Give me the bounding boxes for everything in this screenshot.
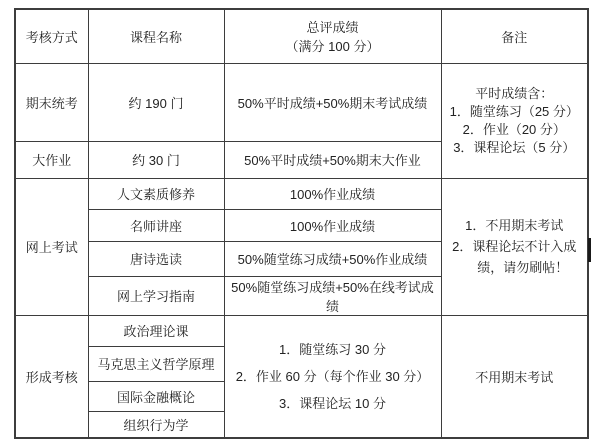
text-cursor — [588, 238, 591, 262]
cell-course-formative-3: 组织行为学 — [88, 411, 224, 438]
cell-course-online-1: 名师讲座 — [88, 209, 224, 241]
cell-course-final-exam: 约 190 门 — [88, 63, 224, 141]
cell-method-online-exam: 网上考试 — [15, 178, 88, 315]
cell-score-final-exam: 50%平时成绩+50%期末考试成绩 — [224, 63, 441, 141]
cell-score-big-assignment: 50%平时成绩+50%期末大作业 — [224, 141, 441, 178]
cell-score-online-1: 100%作业成绩 — [224, 209, 441, 241]
cell-score-formative: 1．随堂练习 30 分 2．作业 60 分（每个作业 30 分） 3．课程论坛 … — [224, 315, 441, 438]
cell-method-formative: 形成考核 — [15, 315, 88, 438]
cell-course-online-2: 唐诗选读 — [88, 241, 224, 276]
header-course-label: 课程名称 — [130, 30, 182, 45]
assessment-table: 考核方式 课程名称 总评成绩 （满分 100 分） 备注 期末统考 约 190 … — [14, 8, 589, 439]
header-remark-label: 备注 — [501, 30, 527, 45]
cell-remark-online: 1．不用期末考试 2．课程论坛不计入成绩，请勿刷帖！ — [441, 178, 588, 315]
cell-course-online-3: 网上学习指南 — [88, 276, 224, 315]
cell-course-formative-2: 国际金融概论 — [88, 381, 224, 411]
cell-method-final-exam: 期末统考 — [15, 63, 88, 141]
header-method-label: 考核方式 — [26, 30, 78, 45]
cell-score-online-3: 50%随堂练习成绩+50%在线考试成绩 — [224, 276, 441, 315]
remark-usual-item: 1．随堂练习（25 分） — [444, 103, 586, 121]
document-page: 考核方式 课程名称 总评成绩 （满分 100 分） 备注 期末统考 约 190 … — [0, 0, 606, 443]
formative-score-item: 2．作业 60 分（每个作业 30 分） — [227, 363, 439, 390]
header-cell-remark: 备注 — [441, 9, 588, 63]
header-cell-score: 总评成绩 （满分 100 分） — [224, 9, 441, 63]
table-row: 形成考核 政治理论课 1．随堂练习 30 分 2．作业 60 分（每个作业 30… — [15, 315, 588, 346]
header-row: 考核方式 课程名称 总评成绩 （满分 100 分） 备注 — [15, 9, 588, 63]
cell-score-online-0: 100%作业成绩 — [224, 178, 441, 209]
cell-remark-usual: 平时成绩含： 1．随堂练习（25 分） 2．作业（20 分） 3．课程论坛（5 … — [441, 63, 588, 178]
remark-usual-item: 2．作业（20 分） — [444, 121, 586, 139]
table-row: 网上考试 人文素质修养 100%作业成绩 1．不用期末考试 2．课程论坛不计入成… — [15, 178, 588, 209]
cell-method-big-assignment: 大作业 — [15, 141, 88, 178]
cell-remark-formative: 不用期末考试 — [441, 315, 588, 438]
header-score-line2: （满分 100 分） — [227, 36, 439, 55]
header-cell-method: 考核方式 — [15, 9, 88, 63]
formative-score-item: 3．课程论坛 10 分 — [227, 390, 439, 417]
cell-course-formative-0: 政治理论课 — [88, 315, 224, 346]
remark-online-item: 2．课程论坛不计入成绩，请勿刷帖！ — [444, 236, 586, 278]
remark-usual-item: 3．课程论坛（5 分） — [444, 139, 586, 157]
formative-score-item: 1．随堂练习 30 分 — [227, 336, 439, 363]
remark-usual-title: 平时成绩含： — [444, 85, 586, 103]
header-cell-course: 课程名称 — [88, 9, 224, 63]
cell-course-online-0: 人文素质修养 — [88, 178, 224, 209]
remark-formative-text: 不用期末考试 — [475, 370, 553, 385]
header-score-line1: 总评成绩 — [227, 17, 439, 36]
cell-course-big-assignment: 约 30 门 — [88, 141, 224, 178]
cell-course-formative-1: 马克思主义哲学原理 — [88, 346, 224, 381]
remark-online-item: 1．不用期末考试 — [444, 215, 586, 236]
table-row: 期末统考 约 190 门 50%平时成绩+50%期末考试成绩 平时成绩含： 1．… — [15, 63, 588, 141]
cell-score-online-2: 50%随堂练习成绩+50%作业成绩 — [224, 241, 441, 276]
